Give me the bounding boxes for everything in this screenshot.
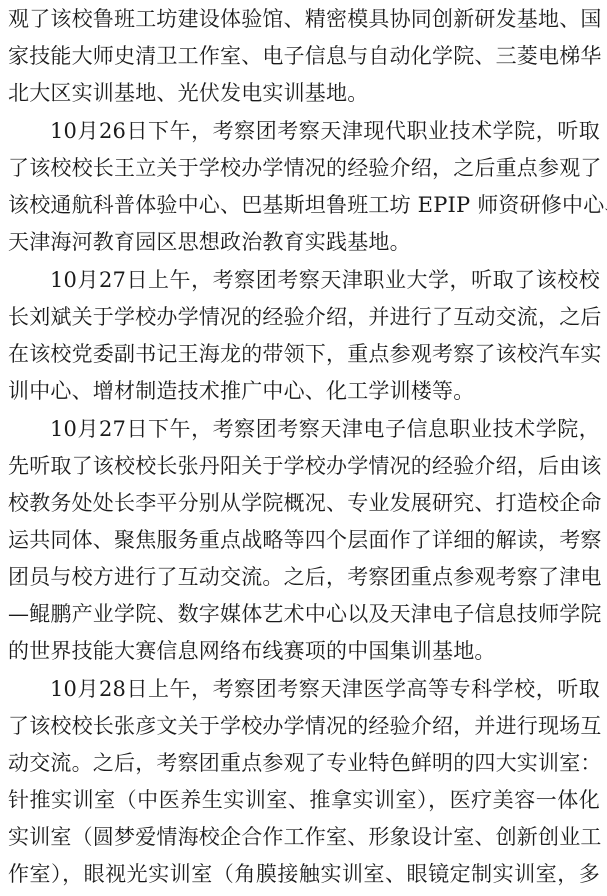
text-line: 在该校党委副书记王海龙的带领下，重点参观考察了该校汽车实 — [8, 339, 600, 369]
text-line: 校教务处处长李平分别从学院概况、专业发展研究、打造校企命 — [8, 488, 600, 518]
paragraph-start-line: 10月27日下午，考察团考察天津电子信息职业技术学院， — [50, 414, 600, 444]
text-line: 实训室（圆梦爱情海校企合作工作室、形象设计室、创新创业工 — [8, 822, 600, 852]
paragraph-start-line: 10月27日上午，考察团考察天津职业大学，听取了该校校 — [50, 265, 600, 295]
text-line: 该校通航科普体验中心、巴基斯坦鲁班工坊 EPIP 师资研修中心、 — [8, 190, 600, 220]
text-line: 运共同体、聚焦服务重点战略等四个层面作了详细的解读，考察 — [8, 525, 600, 555]
document-page: 观了该校鲁班工坊建设体验馆、精密模具协同创新研发基地、国 家技能大师史清卫工作室… — [0, 0, 607, 896]
paragraph-start-line: 10月28日上午，考察团考察天津医学高等专科学校，听取 — [50, 674, 600, 704]
paragraph-start-line: 10月26日下午，考察团考察天津现代职业技术学院，听取 — [50, 116, 600, 146]
text-line: 训中心、增材制造技术推广中心、化工学训楼等。 — [8, 376, 600, 406]
text-line: 团员与校方进行了互动交流。之后，考察团重点参观考察了津电 — [8, 562, 600, 592]
text-line: 了该校校长王立关于学校办学情况的经验介绍，之后重点参观了 — [8, 153, 600, 183]
text-line: 家技能大师史清卫工作室、电子信息与自动化学院、三菱电梯华 — [8, 41, 600, 71]
text-line: —鲲鹏产业学院、数字媒体艺术中心以及天津电子信息技师学院 — [8, 599, 600, 629]
text-line: 针推实训室（中医养生实训室、推拿实训室），医疗美容一体化 — [8, 785, 600, 815]
text-line: 动交流。之后，考察团重点参观了专业特色鲜明的四大实训室： — [8, 748, 600, 778]
text-line: 作室），眼视光实训室（角膜接触实训室、眼镜定制实训室，多 — [8, 859, 600, 889]
text-line: 先听取了该校校长张丹阳关于学校办学情况的经验介绍，后由该 — [8, 451, 600, 481]
text-line: 观了该校鲁班工坊建设体验馆、精密模具协同创新研发基地、国 — [8, 4, 600, 34]
text-line: 长刘斌关于学校办学情况的经验介绍，并进行了互动交流，之后 — [8, 302, 600, 332]
text-line: 了该校校长张彦文关于学校办学情况的经验介绍，并进行现场互 — [8, 711, 600, 741]
text-line: 北大区实训基地、光伏发电实训基地。 — [8, 78, 600, 108]
text-line: 的世界技能大赛信息网络布线赛项的中国集训基地。 — [8, 636, 600, 666]
text-line: 天津海河教育园区思想政治教育实践基地。 — [8, 227, 600, 257]
